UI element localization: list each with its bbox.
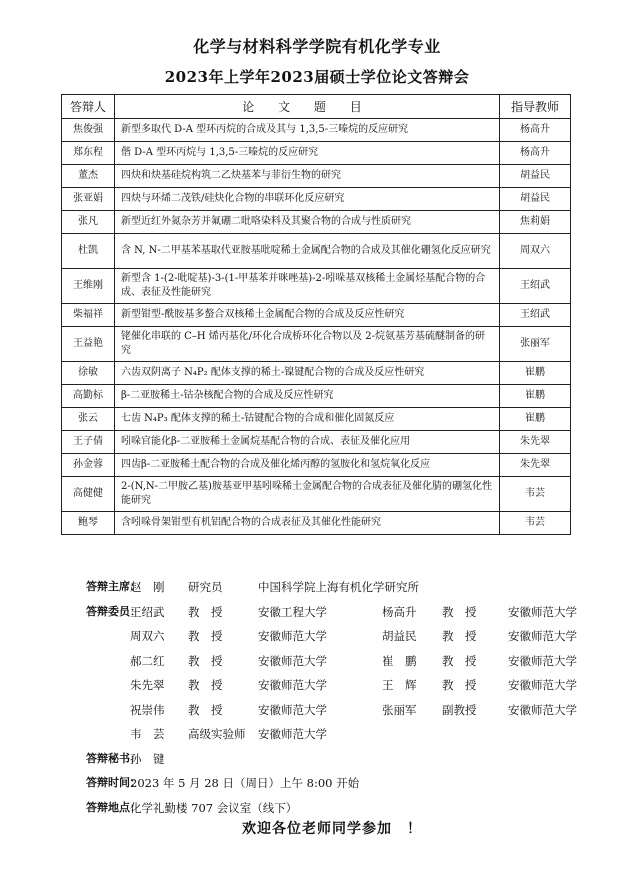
secretary-row: 答辩秘书： 孙 键: [86, 747, 577, 772]
defense-place: 化学礼勤楼 707 会议室（线下）: [130, 796, 297, 821]
student-name: 郑东程: [62, 142, 115, 165]
table-row: 郑东程偕 D-A 型环丙烷与 1,3,5-三嗪烷的反应研究杨高升: [62, 142, 571, 165]
advisor-name: 王绍武: [500, 269, 571, 304]
thesis-topic: 四齿β-二亚胺稀土配合物的合成及催化烯丙醇的氢胺化和氢烷氧化反应: [115, 454, 500, 477]
member-institution: 安徽师范大学: [258, 649, 382, 674]
table-row: 高健健2-(N,N-二甲胺乙基)胺基亚甲基吲哚稀土金属配合物的合成表征及催化腈的…: [62, 477, 571, 512]
chair-label: 答辩主席：: [86, 575, 130, 600]
advisor-name: 韦芸: [500, 512, 571, 535]
advisor-name: 崔鹏: [500, 362, 571, 385]
member-institution: 安徽师范大学: [258, 673, 382, 698]
table-row: 张亚娟四炔与环烯二茂铁/硅炔化合物的串联环化反应研究胡益民: [62, 188, 571, 211]
student-name: 王益艳: [62, 327, 115, 362]
member-title: 教 授: [442, 624, 508, 649]
member-institution: 安徽师范大学: [508, 673, 577, 698]
student-name: 张云: [62, 408, 115, 431]
member-row: 答辩委员： 王绍武 教 授 安徽工程大学 杨高升 教 授 安徽师范大学: [86, 600, 577, 625]
advisor-name: 胡益民: [500, 165, 571, 188]
member-title: 教 授: [188, 600, 258, 625]
table-row: 柴福祥新型钳型-酰胺基多螯合双核稀土金属配合物的合成及反应性研究王绍武: [62, 304, 571, 327]
thesis-topic: 2-(N,N-二甲胺乙基)胺基亚甲基吲哚稀土金属配合物的合成表征及催化腈的硼氢化…: [115, 477, 500, 512]
label-spacer: [86, 722, 130, 747]
member-title: 教 授: [442, 600, 508, 625]
member-row: 祝崇伟 教 授 安徽师范大学 张丽军 副教授 安徽师范大学: [86, 698, 577, 723]
advisor-name: 杨高升: [500, 119, 571, 142]
student-name: 董杰: [62, 165, 115, 188]
table-row: 王益艳铑催化串联的 C–H 烯丙基化/环化合成桥环化合物以及 2-烷氨基芳基硫醚…: [62, 327, 571, 362]
student-name: 徐敏: [62, 362, 115, 385]
advisor-name: 崔鹏: [500, 408, 571, 431]
member-name: 祝崇伟: [130, 698, 188, 723]
member-title: 教 授: [188, 624, 258, 649]
member-name: 韦 芸: [130, 722, 188, 747]
label-spacer: [86, 624, 130, 649]
advisor-name: 韦芸: [500, 477, 571, 512]
member-name: 朱先翠: [130, 673, 188, 698]
page-subtitle: 2023年上学年2023届硕士学位论文答辩会: [0, 66, 634, 87]
thesis-topic: 含 N, N-二甲基苯基取代亚胺基吡啶稀土金属配合物的合成及其催化硼氢化反应研究: [115, 234, 500, 269]
member-institution: 安徽师范大学: [508, 624, 577, 649]
table-header-row: 答辩人 论 文 题 目 指导教师: [62, 95, 571, 119]
member-name: 王绍武: [130, 600, 188, 625]
thesis-topic: β-二亚胺稀土-钴杂核配合物的合成及反应性研究: [115, 385, 500, 408]
thesis-topic: 四炔和炔基硅烷构筑二乙炔基苯与菲衍生物的研究: [115, 165, 500, 188]
defense-schedule-table: 答辩人 论 文 题 目 指导教师 焦俊强新型多取代 D-A 型环丙烷的合成及其与…: [61, 94, 571, 535]
thesis-topic: 新型多取代 D-A 型环丙烷的合成及其与 1,3,5-三嗪烷的反应研究: [115, 119, 500, 142]
thesis-topic: 七齿 N₄P₃ 配体支撑的稀土-钴键配合物的合成和催化固氮反应: [115, 408, 500, 431]
member-title: 教 授: [188, 698, 258, 723]
member-name: 崔 鹏: [382, 649, 442, 674]
thesis-topic: 新型近红外氮杂芳并氟硼二吡咯染料及其聚合物的合成与性质研究: [115, 211, 500, 234]
chair-row: 答辩主席： 赵 刚 研究员 中国科学院上海有机化学研究所: [86, 575, 577, 600]
member-name: 胡益民: [382, 624, 442, 649]
student-name: 高健健: [62, 477, 115, 512]
advisor-name: 周双六: [500, 234, 571, 269]
student-name: 焦俊强: [62, 119, 115, 142]
members-label: 答辩委员：: [86, 600, 130, 625]
place-row: 答辩地点： 化学礼勤楼 707 会议室（线下）: [86, 796, 577, 821]
advisor-name: 胡益民: [500, 188, 571, 211]
member-name: 杨高升: [382, 600, 442, 625]
member-title: 副教授: [442, 698, 508, 723]
time-label: 答辩时间：: [86, 771, 130, 796]
member-institution: 安徽师范大学: [508, 649, 577, 674]
table-row: 王维刚新型含 1-(2-吡啶基)-3-(1-甲基苯并咪唑基)-2-吲哚基双核稀土…: [62, 269, 571, 304]
table-row: 徐敏六齿双阴离子 N₄P₂ 配体支撑的稀土-镍键配合物的合成及反应性研究崔鹏: [62, 362, 571, 385]
thesis-topic: 新型含 1-(2-吡啶基)-3-(1-甲基苯并咪唑基)-2-吲哚基双核稀土金属烃…: [115, 269, 500, 304]
advisor-name: 崔鹏: [500, 385, 571, 408]
chair-name: 赵 刚: [130, 575, 188, 600]
page-title: 化学与材料科学学院有机化学专业: [0, 34, 634, 57]
member-row: 朱先翠 教 授 安徽师范大学 王 辉 教 授 安徽师范大学: [86, 673, 577, 698]
chair-title: 研究员: [188, 575, 258, 600]
member-title: 教 授: [188, 673, 258, 698]
student-name: 杜凯: [62, 234, 115, 269]
table-row: 焦俊强新型多取代 D-A 型环丙烷的合成及其与 1,3,5-三嗪烷的反应研究杨高…: [62, 119, 571, 142]
label-spacer: [86, 673, 130, 698]
member-title: 教 授: [188, 649, 258, 674]
thesis-topic: 四炔与环烯二茂铁/硅炔化合物的串联环化反应研究: [115, 188, 500, 211]
table-row: 高勤标β-二亚胺稀土-钴杂核配合物的合成及反应性研究崔鹏: [62, 385, 571, 408]
student-name: 鲍琴: [62, 512, 115, 535]
table-row: 孙金蓉四齿β-二亚胺稀土配合物的合成及催化烯丙醇的氢胺化和氢烷氧化反应朱先翠: [62, 454, 571, 477]
table-row: 杜凯含 N, N-二甲基苯基取代亚胺基吡啶稀土金属配合物的合成及其催化硼氢化反应…: [62, 234, 571, 269]
student-name: 王维刚: [62, 269, 115, 304]
defense-time: 2023 年 5 月 28 日（周日）上午 8:00 开始: [130, 771, 359, 796]
member-institution: 安徽工程大学: [258, 600, 382, 625]
column-header-student: 答辩人: [62, 95, 115, 119]
advisor-name: 杨高升: [500, 142, 571, 165]
member-institution: 安徽师范大学: [508, 600, 577, 625]
member-institution: 安徽师范大学: [258, 624, 382, 649]
member-row: 郝二红 教 授 安徽师范大学 崔 鹏 教 授 安徽师范大学: [86, 649, 577, 674]
member-title: 教 授: [442, 649, 508, 674]
thesis-topic: 铑催化串联的 C–H 烯丙基化/环化合成桥环化合物以及 2-烷氨基芳基硫醚制备的…: [115, 327, 500, 362]
thesis-topic: 含吲哚骨架钳型有机铝配合物的合成表征及其催化性能研究: [115, 512, 500, 535]
member-row: 周双六 教 授 安徽师范大学 胡益民 教 授 安徽师范大学: [86, 624, 577, 649]
secretary-label: 答辩秘书：: [86, 747, 130, 772]
place-label: 答辩地点：: [86, 796, 130, 821]
time-row: 答辩时间： 2023 年 5 月 28 日（周日）上午 8:00 开始: [86, 771, 577, 796]
student-name: 高勤标: [62, 385, 115, 408]
member-name: 张丽军: [382, 698, 442, 723]
member-institution: 安徽师范大学: [258, 698, 382, 723]
table-row: 王子倩吲哚官能化β-二亚胺稀土金属烷基配合物的合成、表征及催化应用朱先翠: [62, 431, 571, 454]
thesis-topic: 偕 D-A 型环丙烷与 1,3,5-三嗪烷的反应研究: [115, 142, 500, 165]
member-title: 高级实验师: [188, 722, 258, 747]
student-name: 张凡: [62, 211, 115, 234]
chair-institution: 中国科学院上海有机化学研究所: [258, 575, 419, 600]
member-name: 郝二红: [130, 649, 188, 674]
member-name: 王 辉: [382, 673, 442, 698]
table-row: 张凡新型近红外氮杂芳并氟硼二吡咯染料及其聚合物的合成与性质研究焦莉娟: [62, 211, 571, 234]
member-institution: 安徽师范大学: [258, 722, 382, 747]
member-institution: 安徽师范大学: [508, 698, 577, 723]
member-name: 周双六: [130, 624, 188, 649]
student-name: 张亚娟: [62, 188, 115, 211]
secretary-name: 孙 键: [130, 747, 165, 772]
thesis-topic: 新型钳型-酰胺基多螯合双核稀土金属配合物的合成及反应性研究: [115, 304, 500, 327]
advisor-name: 王绍武: [500, 304, 571, 327]
member-title: 教 授: [442, 673, 508, 698]
label-spacer: [86, 649, 130, 674]
advisor-name: 朱先翠: [500, 431, 571, 454]
member-row: 韦 芸 高级实验师 安徽师范大学: [86, 722, 577, 747]
advisor-name: 朱先翠: [500, 454, 571, 477]
label-spacer: [86, 698, 130, 723]
column-header-topic: 论 文 题 目: [115, 95, 500, 119]
table-row: 张云七齿 N₄P₃ 配体支撑的稀土-钴键配合物的合成和催化固氮反应崔鹏: [62, 408, 571, 431]
committee-section: 答辩主席： 赵 刚 研究员 中国科学院上海有机化学研究所 答辩委员： 王绍武 教…: [86, 575, 577, 820]
table-row: 鲍琴含吲哚骨架钳型有机铝配合物的合成表征及其催化性能研究韦芸: [62, 512, 571, 535]
student-name: 孙金蓉: [62, 454, 115, 477]
column-header-advisor: 指导教师: [500, 95, 571, 119]
student-name: 柴福祥: [62, 304, 115, 327]
thesis-topic: 六齿双阴离子 N₄P₂ 配体支撑的稀土-镍键配合物的合成及反应性研究: [115, 362, 500, 385]
thesis-topic: 吲哚官能化β-二亚胺稀土金属烷基配合物的合成、表征及催化应用: [115, 431, 500, 454]
table-row: 董杰四炔和炔基硅烷构筑二乙炔基苯与菲衍生物的研究胡益民: [62, 165, 571, 188]
student-name: 王子倩: [62, 431, 115, 454]
advisor-name: 张丽军: [500, 327, 571, 362]
advisor-name: 焦莉娟: [500, 211, 571, 234]
welcome-message: 欢迎各位老师同学参加 ！: [0, 818, 634, 838]
